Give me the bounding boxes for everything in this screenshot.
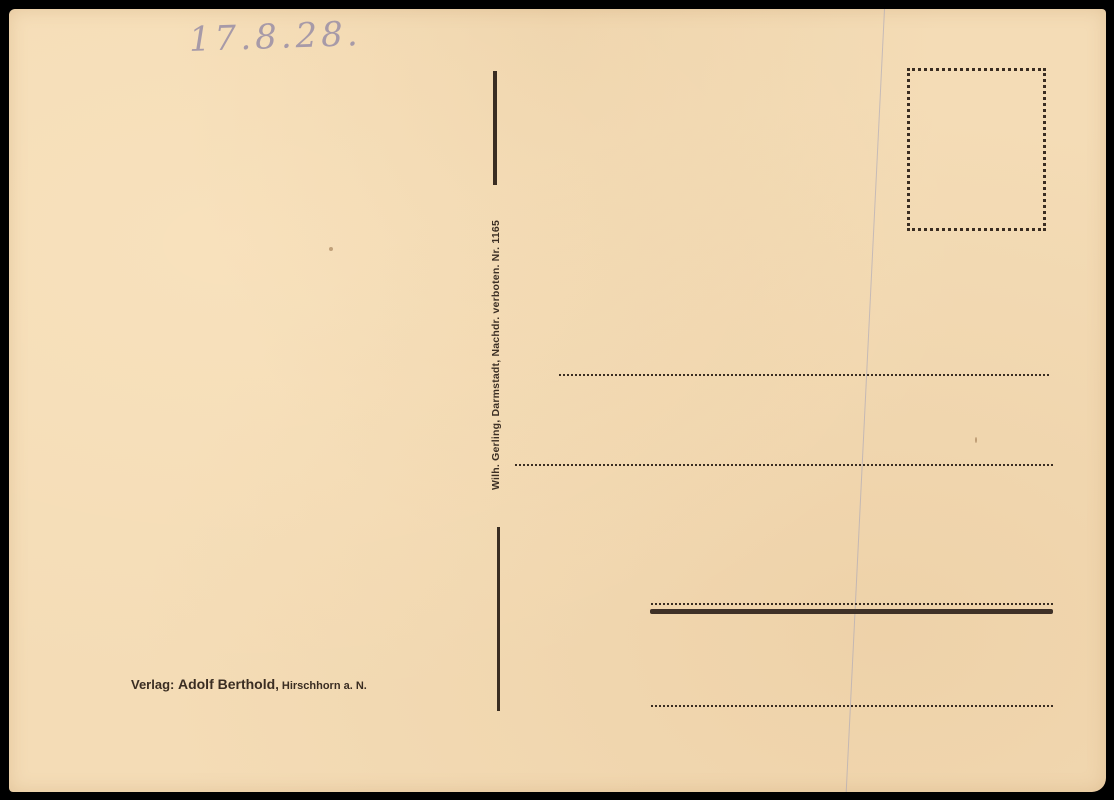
printer-imprint: Wilh. Gerling, Darmstadt, Nachdr. verbot… (490, 220, 502, 490)
postcard-back: 17.8.28. Wilh. Gerling, Darmstadt, Nachd… (9, 9, 1106, 792)
handwritten-date: 17.8.28. (188, 14, 362, 60)
address-line-3 (651, 603, 1053, 605)
address-underline-solid (650, 609, 1053, 614)
publisher-imprint: Verlag: Adolf Berthold, Hirschhorn a. N. (131, 676, 367, 692)
publisher-name: Adolf Berthold (178, 676, 275, 692)
stamp-box (907, 68, 1046, 231)
scan-background: 17.8.28. Wilh. Gerling, Darmstadt, Nachd… (0, 0, 1114, 800)
paper-speck (975, 437, 977, 443)
address-line-1 (559, 374, 1049, 376)
paper-speck (329, 247, 333, 251)
publisher-location: Hirschhorn a. N. (279, 680, 367, 692)
address-line-4 (651, 705, 1053, 707)
center-divider-top (493, 71, 497, 185)
pencil-guide-line (845, 9, 885, 792)
publisher-prefix: Verlag: (131, 677, 178, 692)
address-line-2 (515, 464, 1053, 466)
center-divider-bottom (497, 527, 500, 711)
